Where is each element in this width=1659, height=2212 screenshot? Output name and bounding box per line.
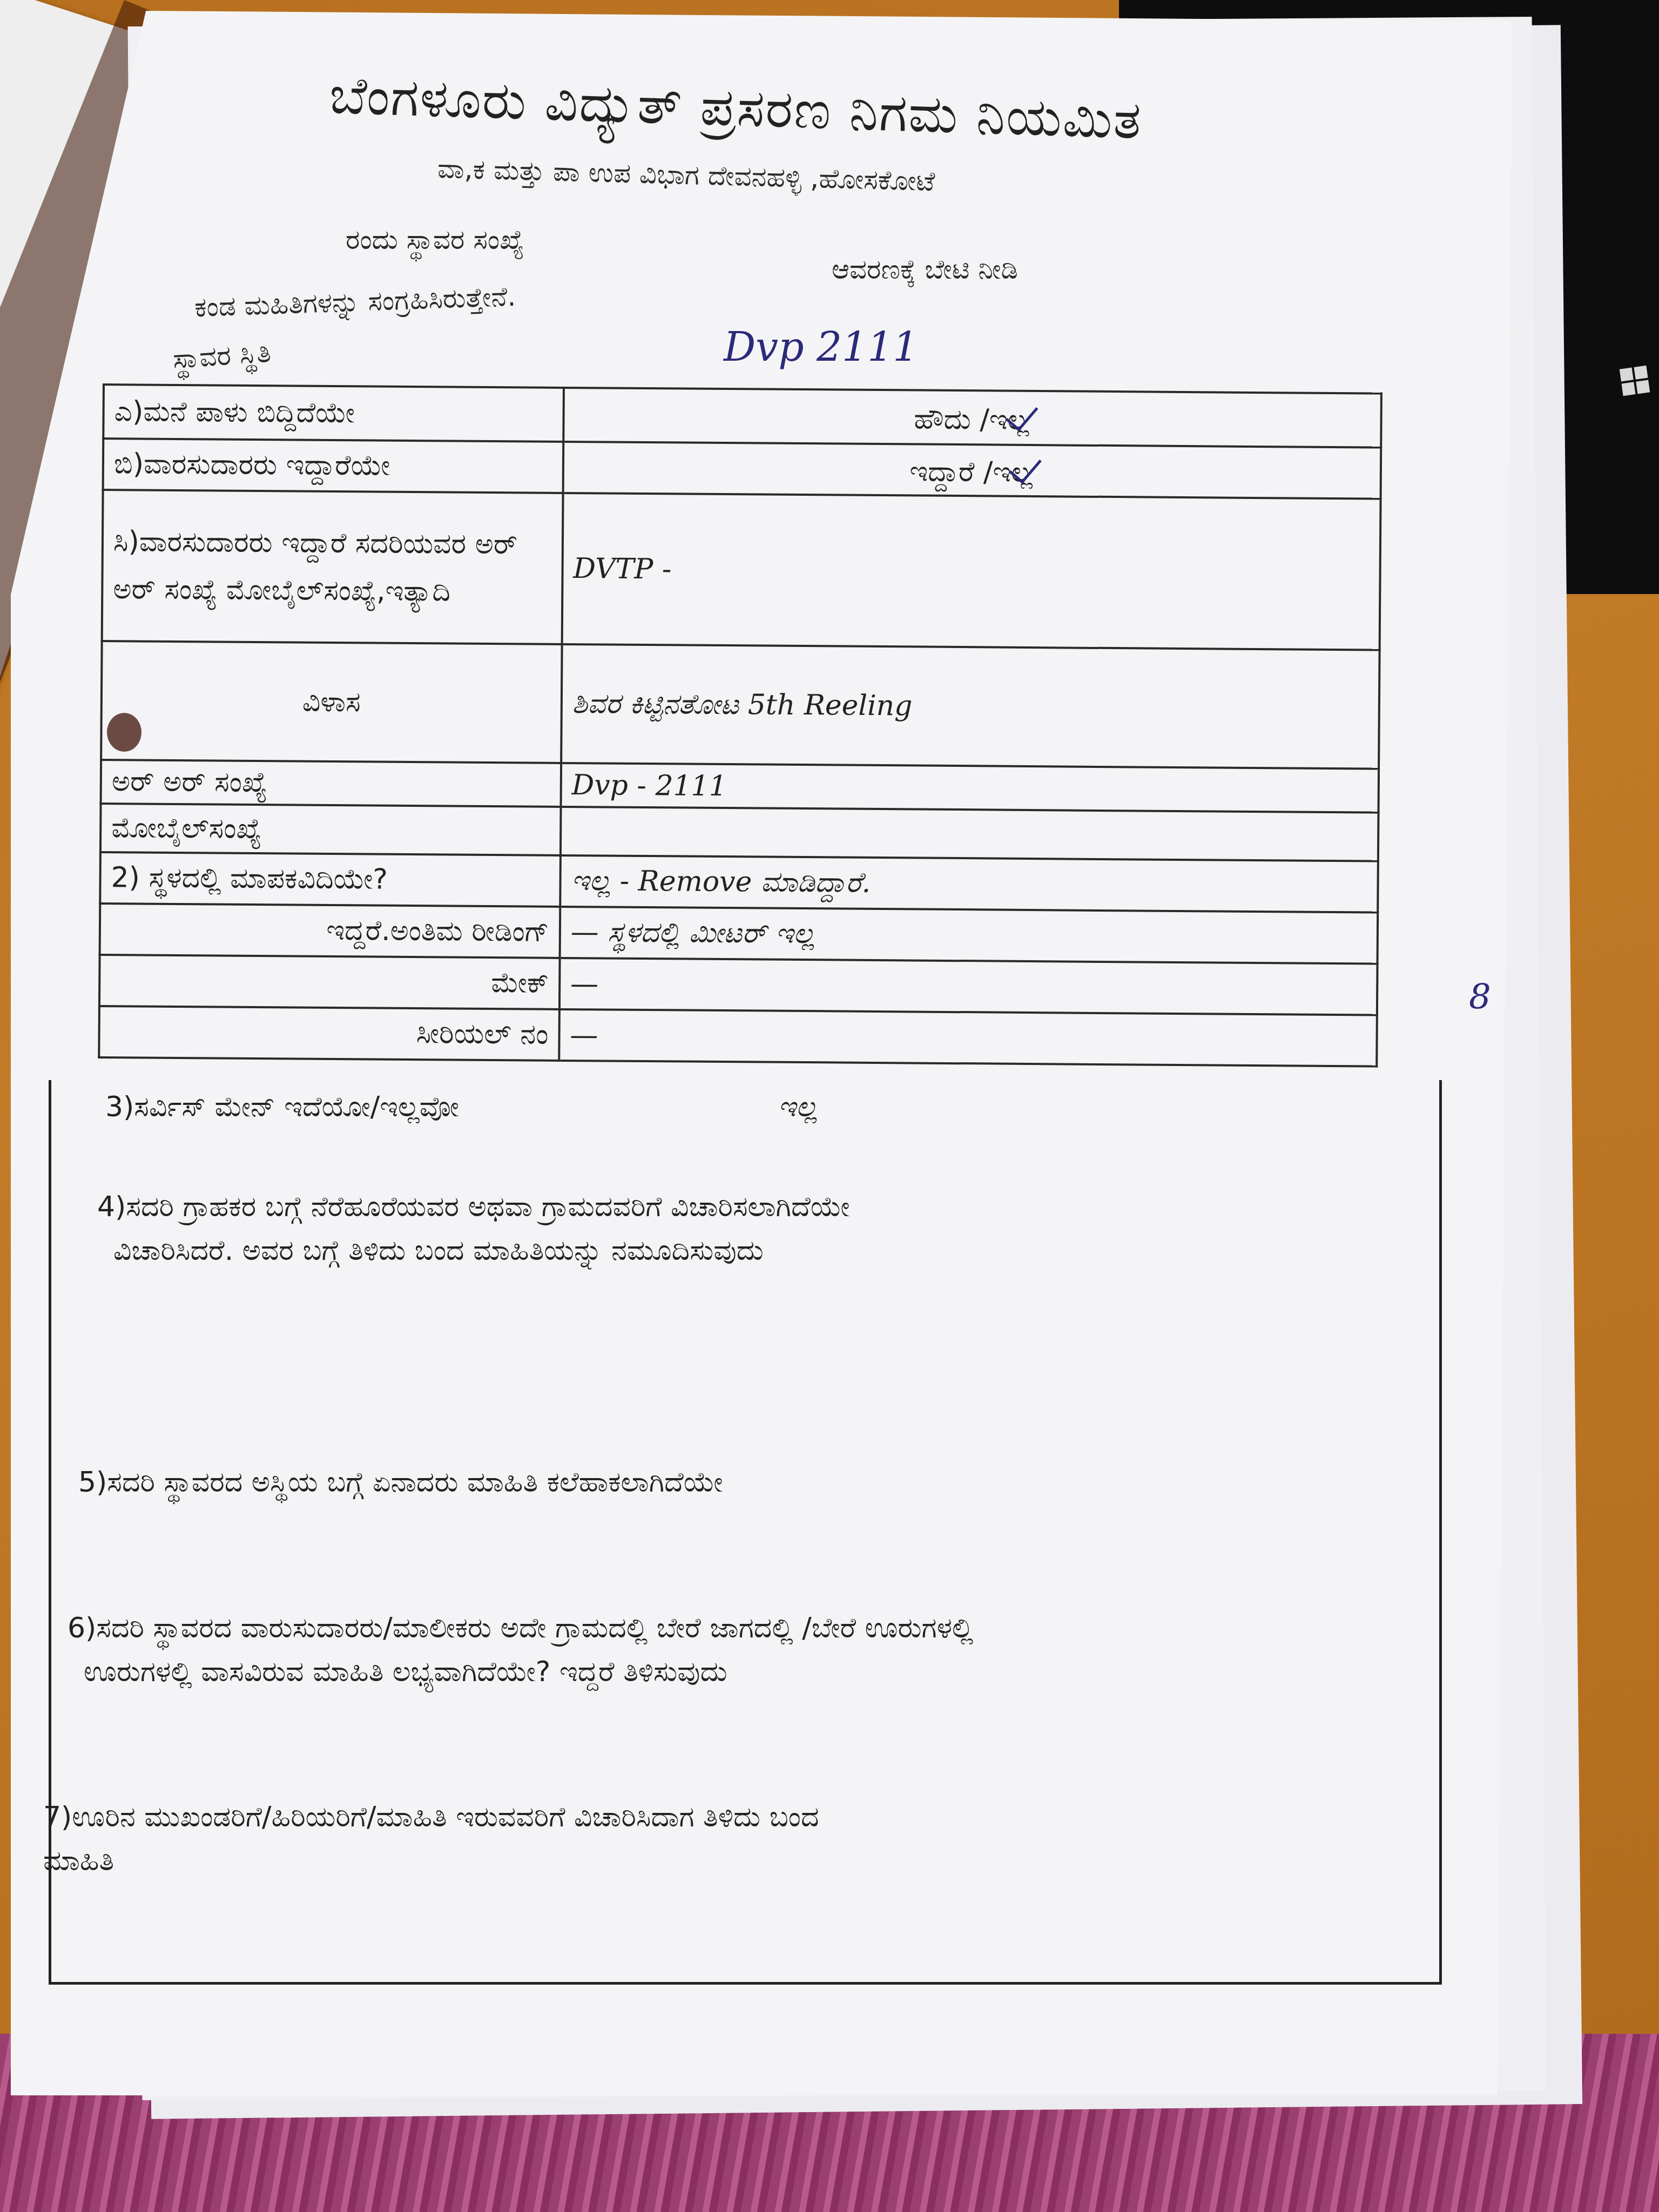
question-3: 3)ಸರ್ವಿಸ್ ಮೇನ್ ಇದೆಯೋ/ಇಲ್ಲವೋ (105, 1085, 459, 1129)
status-label: ಸ್ಥಾವರ ಸ್ಥಿತಿ (172, 337, 272, 376)
question-5: 5)ಸದರಿ ಸ್ಥಾವರದ ಅಸ್ಥಿಯ ಬಗ್ಗೆ ಏನಾದರು ಮಾಹಿತ… (78, 1461, 723, 1505)
row-label: ಎ)ಮನೆ ಪಾಳು ಬಿದ್ದಿದೆಯೇ (103, 385, 563, 442)
row-value: — (559, 958, 1378, 1015)
question-4: 4)ಸದರಿ ಗ್ರಾಹಕರ ಬಗ್ಗೆ ನೆರೆಹೂರೆಯವರ ಅಥವಾ ಗ್… (97, 1185, 849, 1272)
table-row: ಸೀರಿಯಲ್ ನಂ — (99, 1006, 1377, 1067)
row-label: ಅರ್ ಅರ್ ಸಂಖ್ಯೆ (101, 760, 561, 807)
table-row: 2) ಸ್ಥಳದಲ್ಲಿ ಮಾಪಕವಿದಿಯೇ? ಇಲ್ಲ - Remove ಮ… (100, 852, 1378, 913)
status-value: Dvp 2111 (724, 324, 918, 370)
row-value (561, 807, 1379, 861)
table-row: ಸಿ)ವಾರಸುದಾರರು ಇದ್ದಾರೆ ಸದರಿಯವರ ಅರ್ ಅರ್ ಸಂ… (102, 490, 1381, 650)
row-label: ಇದ್ದರೆ.ಅಂತಿಮ ರೀಡಿಂಗ್ (100, 903, 560, 958)
row-value: — (559, 1009, 1377, 1067)
question-4-line-2: ವಿಚಾರಿಸಿದರೆ. ಅವರ ಬಗ್ಗೆ ತಿಳಿದು ಬಂದ ಮಾಹಿತಿ… (97, 1229, 849, 1273)
row-label: ಬಿ)ವಾರಸುದಾರರು ಇದ್ದಾರೆಯೇ (103, 439, 563, 493)
row-value: — ಸ್ಥಳದಲ್ಲಿ ಮೀಟರ್ ಇಲ್ಲ (559, 907, 1378, 964)
table-row: ಮೋಬೈಲ್‌ಸಂಖ್ಯೆ (100, 804, 1379, 861)
row-value: Dvp - 2111 (561, 763, 1379, 813)
question-6-line-1: 6)ಸದರಿ ಸ್ಥಾವರದ ವಾರುಸುದಾರರು/ಮಾಲೀಕರು ಅದೇ ಗ… (68, 1607, 973, 1650)
row-label: ಸೀರಿಯಲ್ ನಂ (99, 1006, 559, 1061)
table-row: ವಿಳಾಸ ಶಿವರ ಕಿಟ್ಟಿನತೋಟ 5th Reeling (101, 641, 1379, 769)
row-value: DVTP - (562, 493, 1380, 650)
row-value: ಇದ್ದಾರೆ /ಇಲ್ಲ (563, 442, 1381, 499)
visit-label: ಆವರಣಕ್ಕೆ ಬೇಟಿ ನೀಡಿ (832, 254, 1018, 286)
table-row: ಎ)ಮನೆ ಪಾಳು ಬಿದ್ದಿದೆಯೇ ಹೌದು /ಇಲ್ಲ (103, 385, 1381, 448)
table-row: ಮೇಕ್ — (99, 955, 1378, 1015)
row-value: ಇಲ್ಲ - Remove ಮಾಡಿದ್ದಾರೆ. (560, 855, 1378, 913)
collected-info-label: ಕಂಡ ಮಹಿತಿಗಳನ್ನು ಸಂಗ್ರಹಿಸಿರುತ್ತೇನೆ. (194, 281, 516, 324)
form-sheet: ಬೆಂಗಳೂರು ವಿದ್ಯುತ್ ಪ್ರಸರಣ ನಿಗಮ ನಿಯಮಿತ ವಾ,… (11, 11, 1512, 2095)
row-label: ಮೇಕ್ (99, 955, 559, 1009)
question-4-line-1: 4)ಸದರಿ ಗ್ರಾಹಕರ ಬಗ್ಗೆ ನೆರೆಹೂರೆಯವರ ಅಥವಾ ಗ್… (97, 1185, 849, 1229)
row-value: ಶಿವರ ಕಿಟ್ಟಿನತೋಟ 5th Reeling (561, 644, 1380, 769)
row-label: ವಿಳಾಸ (101, 641, 562, 763)
question-7: 7)ಊರಿನ ಮುಖಂಡರಿಗೆ/ಹಿರಿಯರಿಗೆ/ಮಾಹಿತಿ ಇರುವವರ… (43, 1796, 819, 1883)
row-label: 2) ಸ್ಥಳದಲ್ಲಿ ಮಾಪಕವಿದಿಯೇ? (100, 852, 560, 907)
margin-page-number: 8 (1469, 977, 1491, 1017)
question-6: 6)ಸದರಿ ಸ್ಥಾವರದ ವಾರುಸುದಾರರು/ಮಾಲೀಕರು ಅದೇ ಗ… (68, 1607, 973, 1694)
form-subtitle: ವಾ,ಕ ಮತ್ತು ಪಾ ಉಪ ವಿಭಾಗ ದೇವನಹಳ್ಳಿ ,ಹೋಸಕೋಟ… (437, 153, 935, 198)
form-title: ಬೆಂಗಳೂರು ವಿದ್ಯುತ್ ಪ್ರಸರಣ ನಿಗಮ ನಿಯಮಿತ (328, 65, 1143, 152)
row-label: ಸಿ)ವಾರಸುದಾರರು ಇದ್ದಾರೆ ಸದರಿಯವರ ಅರ್ ಅರ್ ಸಂ… (102, 490, 563, 644)
details-table: ಎ)ಮನೆ ಪಾಳು ಬಿದ್ದಿದೆಯೇ ಹೌದು /ಇಲ್ಲ ಬಿ)ವಾರಸ… (98, 383, 1382, 1068)
question-7-line-2: ಮಾಹಿತಿ (43, 1839, 819, 1883)
question-7-line-1: 7)ಊರಿನ ಮುಖಂಡರಿಗೆ/ಹಿರಿಯರಿಗೆ/ಮಾಹಿತಿ ಇರುವವರ… (43, 1796, 819, 1839)
table-row: ಇದ್ದರೆ.ಅಂತಿಮ ರೀಡಿಂಗ್ — ಸ್ಥಳದಲ್ಲಿ ಮೀಟರ್ ಇ… (100, 903, 1378, 964)
question-6-line-2: ಊರುಗಳಲ್ಲಿ ವಾಸವಿರುವ ಮಾಹಿತಿ ಲಭ್ಯವಾಗಿದೆಯೇ? … (68, 1650, 973, 1694)
row-label: ಮೋಬೈಲ್‌ಸಂಖ್ಯೆ (100, 804, 561, 855)
windows-key-icon (1620, 366, 1650, 396)
question-3-answer: ಇಲ್ಲ (778, 1085, 818, 1129)
property-number-label: ರಂದು ಸ್ಥಾವರ ಸಂಖ್ಯೆ (346, 224, 524, 256)
row-value: ಹೌದು /ಇಲ್ಲ (563, 388, 1381, 448)
table-row: ಬಿ)ವಾರಸುದಾರರು ಇದ್ದಾರೆಯೇ ಇದ್ದಾರೆ /ಇಲ್ಲ (103, 439, 1381, 499)
